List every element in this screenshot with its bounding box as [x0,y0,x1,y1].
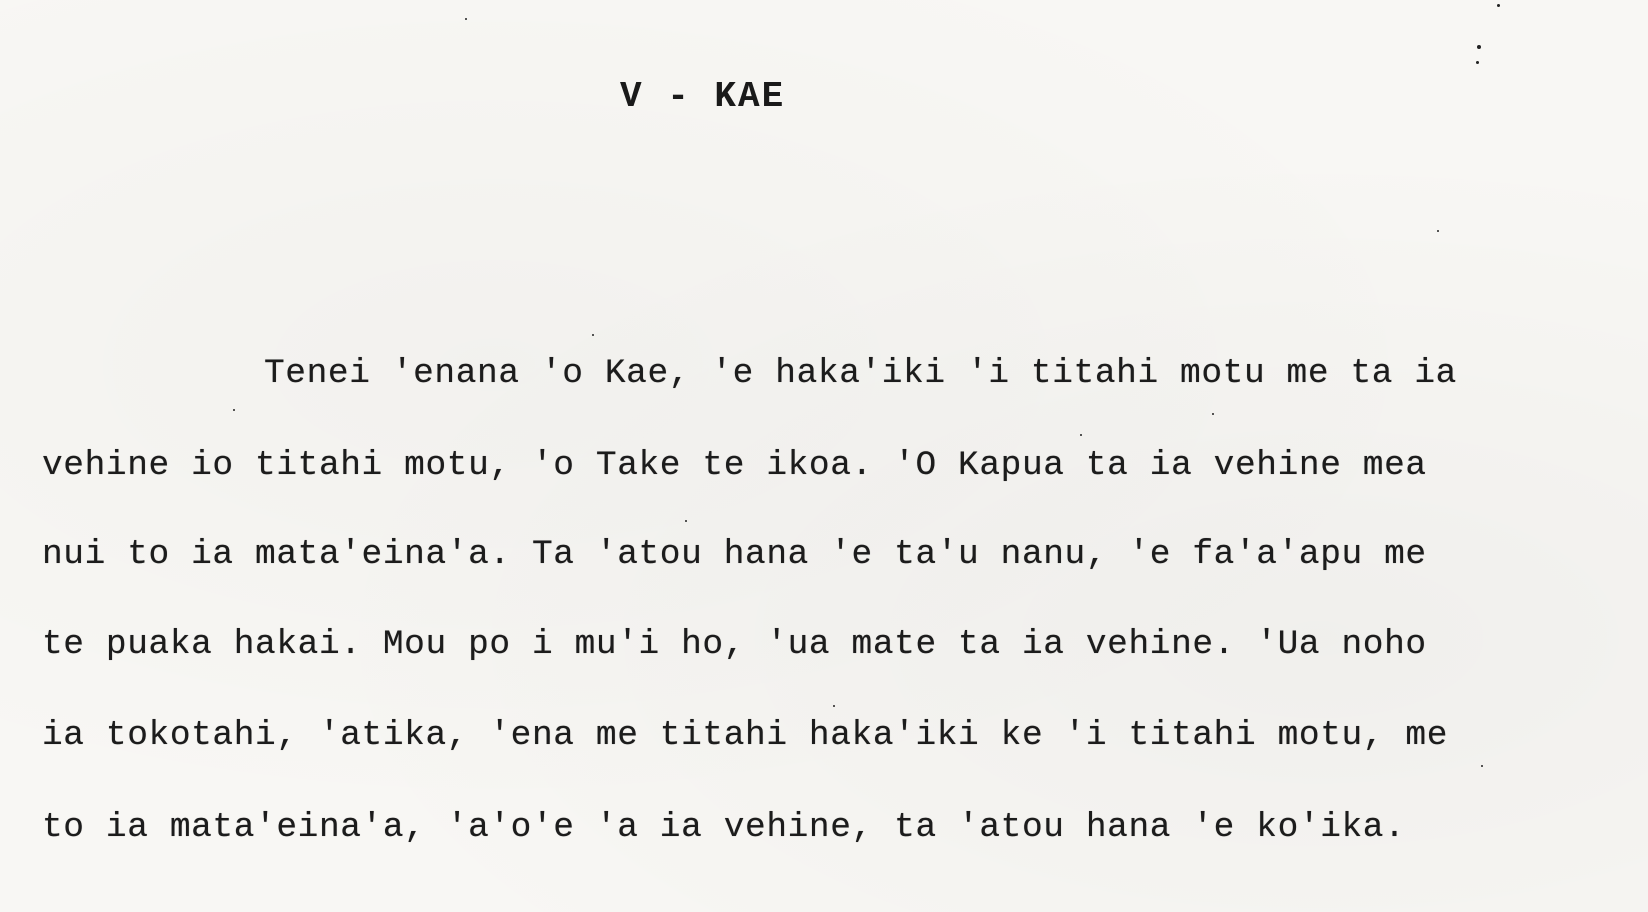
ink-speck [833,705,835,707]
ink-speck [1437,230,1439,232]
ink-speck [1481,765,1483,767]
ink-speck [1080,434,1082,436]
page-title: V - KAE [620,76,785,117]
ink-speck [685,520,687,522]
ink-speck [465,18,467,20]
paragraph-line: Tenei 'enana 'o Kae, 'e haka'iki 'i tita… [264,354,1457,393]
ink-speck [592,334,594,336]
ink-speck [1477,45,1481,49]
paragraph-line: to ia mata'eina'a, 'a'o'e 'a ia vehine, … [42,808,1405,847]
ink-speck [1212,413,1214,415]
ink-speck [1497,4,1500,7]
paragraph-line: ia tokotahi, 'atika, 'ena me titahi haka… [42,716,1448,755]
ink-speck [233,409,235,411]
paragraph-line: nui to ia mata'eina'a. Ta 'atou hana 'e … [42,535,1427,574]
ink-speck [1476,61,1479,64]
paragraph-line: te puaka hakai. Mou po i mu'i ho, 'ua ma… [42,625,1427,664]
paragraph-line: vehine io titahi motu, 'o Take te ikoa. … [42,446,1427,485]
